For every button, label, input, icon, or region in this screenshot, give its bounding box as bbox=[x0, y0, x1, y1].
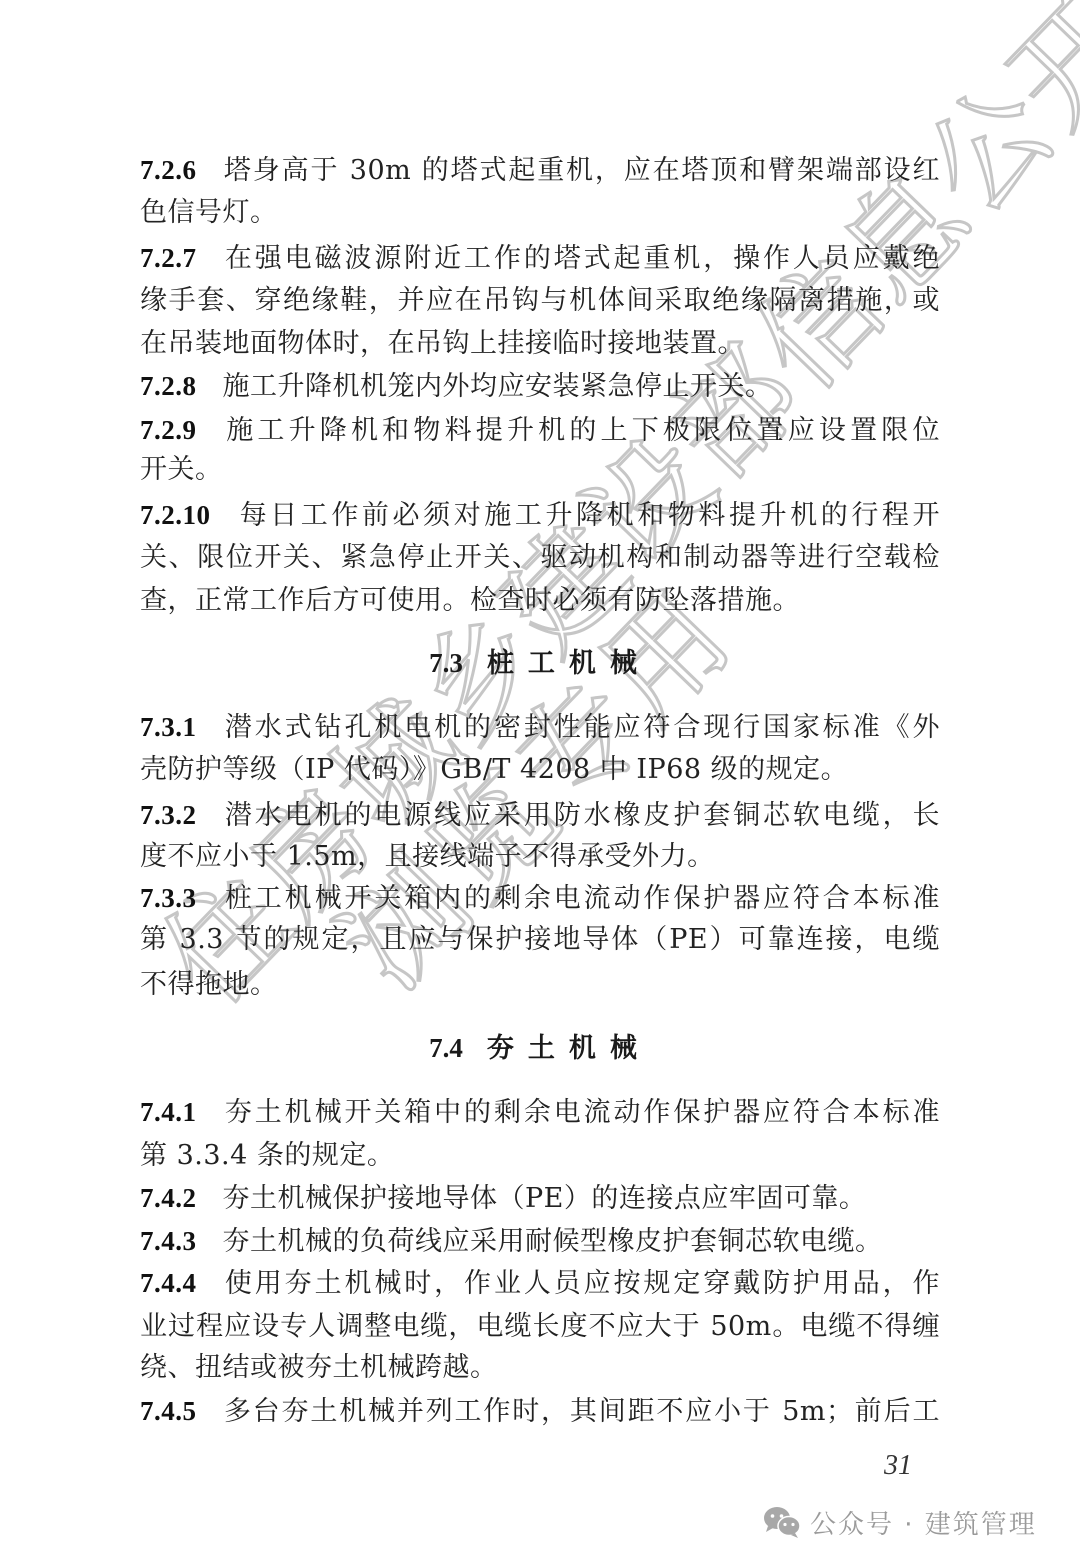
clause-7-2-7-line-2: 缘手套、穿绝缘鞋，并应在吊钩与机体间采取绝缘隔离措施，或 bbox=[140, 279, 940, 323]
clause-7-3-1-line-2: 壳防护等级（IP 代码）》GB/T 4208 中 IP68 级的规定。 bbox=[140, 748, 940, 792]
clause-number: 7.4.2 bbox=[140, 1183, 197, 1213]
clause-7-4-1-line-1: 7.4.1夯土机械开关箱中的剩余电流动作保护器应符合本标准 bbox=[140, 1090, 940, 1134]
clause-number: 7.4.5 bbox=[140, 1396, 197, 1426]
clause-number: 7.3.2 bbox=[140, 800, 197, 830]
clause-7-4-2-line-1: 7.4.2夯土机械保护接地导体（PE）的连接点应牢固可靠。 bbox=[140, 1176, 940, 1220]
clause-text: 夯土机械的负荷线应采用耐候型橡皮护套铜芯软电缆。 bbox=[223, 1226, 883, 1257]
section-heading-7-3: 7.3桩工机械 bbox=[140, 641, 940, 685]
clause-7-3-3-line-2: 第 3.3 节的规定，且应与保护接地导体（PE）可靠连接，电缆 bbox=[140, 918, 940, 962]
clause-7-3-2-line-1: 7.3.2潜水电机的电源线应采用防水橡皮护套铜芯软电缆，长 bbox=[140, 793, 940, 837]
clause-text: 塔身高于 30m 的塔式起重机，应在塔顶和臂架端部设红 bbox=[223, 155, 941, 186]
clause-number: 7.4.1 bbox=[140, 1097, 197, 1127]
clause-text: 夯土机械保护接地导体（PE）的连接点应牢固可靠。 bbox=[223, 1183, 867, 1214]
section-title: 夯土机械 bbox=[487, 1033, 651, 1064]
clause-text: 在强电磁波源附近工作的塔式起重机，操作人员应戴绝 bbox=[223, 243, 941, 274]
clause-7-4-4-line-3: 绕、扭结或被夯土机械跨越。 bbox=[140, 1346, 940, 1390]
clause-7-2-10-line-2: 关、限位开关、紧急停止开关、驱动机构和制动器等进行空载检 bbox=[140, 536, 940, 580]
clause-7-2-9-line-1: 7.2.9施工升降机和物料提升机的上下极限位置应设置限位 bbox=[140, 408, 940, 452]
clause-number: 7.2.6 bbox=[140, 155, 197, 185]
wechat-icon bbox=[762, 1505, 802, 1539]
document-page: 住房城乡建设部信息公开 浏览专用 7.2.6塔身高于 30m 的塔式起重机，应在… bbox=[0, 0, 1080, 1564]
footer-label: 公众号 · 建筑管理 bbox=[810, 1504, 1037, 1541]
clause-7-3-3-line-3: 不得拖地。 bbox=[140, 963, 940, 1007]
section-heading-7-4: 7.4夯土机械 bbox=[140, 1026, 940, 1070]
clause-7-2-8-line-1: 7.2.8施工升降机机笼内外均应安装紧急停止开关。 bbox=[140, 364, 940, 408]
clause-number: 7.3.3 bbox=[140, 883, 197, 913]
section-title: 桩工机械 bbox=[487, 648, 651, 679]
clause-text: 施工升降机和物料提升机的上下极限位置应设置限位 bbox=[223, 415, 941, 446]
page-number: 31 bbox=[884, 1450, 912, 1482]
clause-7-2-9-line-2: 开关。 bbox=[140, 448, 940, 492]
clause-number: 7.2.10 bbox=[140, 500, 211, 530]
clause-text: 每日工作前必须对施工升降机和物料提升机的行程开 bbox=[237, 500, 941, 531]
clause-7-3-2-line-2: 度不应小于 1.5m，且接线端子不得承受外力。 bbox=[140, 835, 940, 879]
clause-text: 桩工机械开关箱内的剩余电流动作保护器应符合本标准 bbox=[223, 883, 941, 914]
clause-7-2-10-line-1: 7.2.10每日工作前必须对施工升降机和物料提升机的行程开 bbox=[140, 493, 940, 537]
footer-account[interactable]: 公众号 · 建筑管理 bbox=[762, 1500, 1037, 1544]
clause-text: 使用夯土机械时，作业人员应按规定穿戴防护用品，作 bbox=[223, 1268, 941, 1299]
clause-text: 潜水电机的电源线应采用防水橡皮护套铜芯软电缆，长 bbox=[223, 800, 941, 831]
clause-number: 7.2.8 bbox=[140, 371, 197, 401]
clause-text: 潜水式钻孔机电机的密封性能应符合现行国家标准《外 bbox=[223, 712, 941, 743]
clause-7-2-7-line-3: 在吊装地面物体时，在吊钩上挂接临时接地装置。 bbox=[140, 322, 940, 366]
clause-7-4-1-line-2: 第 3.3.4 条的规定。 bbox=[140, 1134, 940, 1178]
clause-number: 7.2.7 bbox=[140, 243, 197, 273]
section-number: 7.4 bbox=[429, 1033, 463, 1063]
clause-number: 7.4.4 bbox=[140, 1268, 197, 1298]
clause-text: 夯土机械开关箱中的剩余电流动作保护器应符合本标准 bbox=[223, 1097, 941, 1128]
clause-7-3-1-line-1: 7.3.1潜水式钻孔机电机的密封性能应符合现行国家标准《外 bbox=[140, 705, 940, 749]
clause-number: 7.4.3 bbox=[140, 1226, 197, 1256]
clause-7-2-6-line-1: 7.2.6塔身高于 30m 的塔式起重机，应在塔顶和臂架端部设红 bbox=[140, 148, 940, 192]
clause-7-2-10-line-3: 查，正常工作后方可使用。检查时必须有防坠落措施。 bbox=[140, 579, 940, 623]
clause-7-2-6-line-2: 色信号灯。 bbox=[140, 191, 940, 235]
clause-7-4-5-line-1: 7.4.5多台夯土机械并列工作时，其间距不应小于 5m；前后工 bbox=[140, 1389, 940, 1433]
clause-7-4-4-line-1: 7.4.4使用夯土机械时，作业人员应按规定穿戴防护用品，作 bbox=[140, 1261, 940, 1305]
clause-text: 施工升降机机笼内外均应安装紧急停止开关。 bbox=[223, 371, 773, 402]
section-number: 7.3 bbox=[429, 648, 463, 678]
clause-7-4-3-line-1: 7.4.3夯土机械的负荷线应采用耐候型橡皮护套铜芯软电缆。 bbox=[140, 1219, 940, 1263]
clause-number: 7.3.1 bbox=[140, 712, 197, 742]
clause-7-2-7-line-1: 7.2.7在强电磁波源附近工作的塔式起重机，操作人员应戴绝 bbox=[140, 236, 940, 280]
clause-text: 多台夯土机械并列工作时，其间距不应小于 5m；前后工 bbox=[223, 1396, 941, 1427]
clause-number: 7.2.9 bbox=[140, 415, 197, 445]
clause-7-4-4-line-2: 业过程应设专人调整电缆，电缆长度不应大于 50m。电缆不得缠 bbox=[140, 1305, 940, 1349]
clause-7-3-3-line-1: 7.3.3桩工机械开关箱内的剩余电流动作保护器应符合本标准 bbox=[140, 876, 940, 920]
